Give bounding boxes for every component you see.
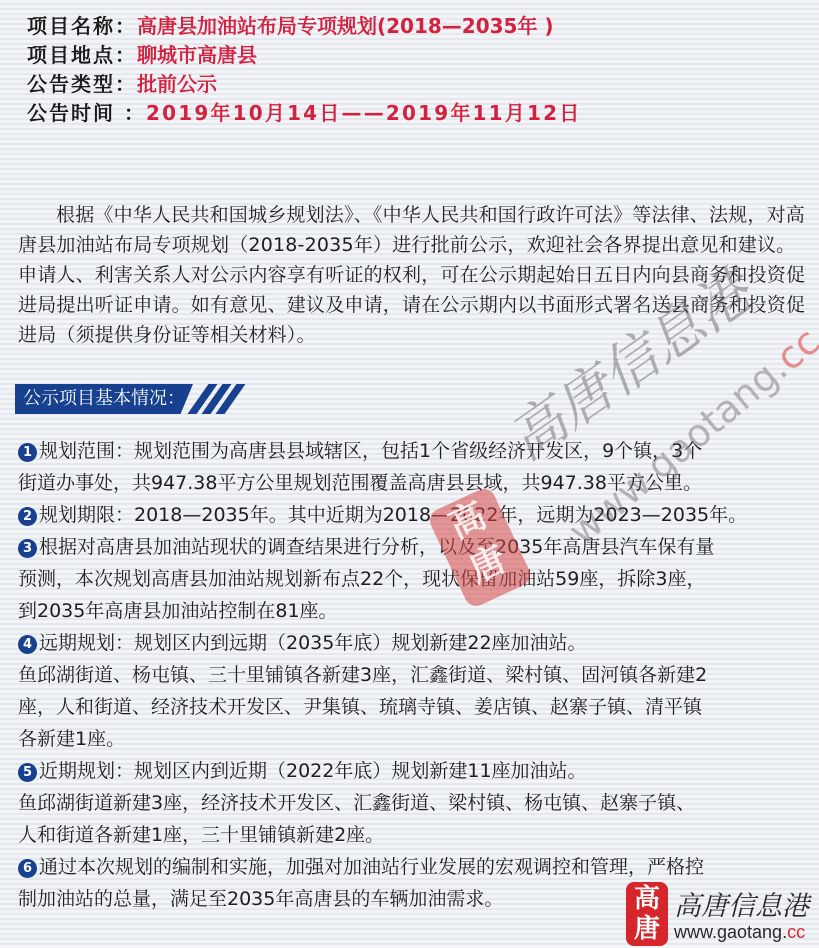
list-item-5-cont: 人和街道各新建1座，三十里铺镇新建2座。 bbox=[18, 819, 808, 851]
list-item-4: 4远期规划：规划区内到远期（2035年底）规划新建22座加油站。 bbox=[18, 627, 808, 659]
list-item-3: 3根据对高唐县加油站现状的调查结果进行分析，以及至2035年高唐县汽车保有量 bbox=[18, 531, 808, 563]
logo-seal-icon: 高 唐 bbox=[626, 882, 668, 946]
project-name-label: 项目名称： bbox=[27, 14, 137, 38]
logo-url: www.gaotang.cc bbox=[674, 922, 805, 943]
project-name-value: 高唐县加油站布局专项规划(2018—2035年 ) bbox=[137, 14, 554, 38]
list-item-4-cont: 各新建1座。 bbox=[18, 723, 808, 755]
project-info-header: 项目名称：高唐县加油站布局专项规划(2018—2035年 ) 项目地点：聊城市高… bbox=[27, 12, 581, 128]
notice-type-label: 公告类型： bbox=[27, 72, 137, 96]
list-item-5: 5近期规划：规划区内到近期（2022年底）规划新建11座加油站。 bbox=[18, 755, 808, 787]
site-logo: 高 唐 高唐信息港 www.gaotang.cc bbox=[626, 882, 818, 946]
notice-type-value: 批前公示 bbox=[137, 72, 217, 96]
notice-time-row: 公告时间 ：2019年10月14日——2019年11月12日 bbox=[27, 99, 581, 128]
project-location-row: 项目地点：聊城市高唐县 bbox=[27, 41, 581, 70]
section-heading-slashes-decoration bbox=[186, 384, 246, 414]
project-location-value: 聊城市高唐县 bbox=[137, 43, 257, 67]
list-item-2: 2规划期限：2018—2035年。其中近期为2018—2022年，远期为2023… bbox=[18, 499, 808, 531]
list-item-5-cont: 鱼邱湖街道新建3座，经济技术开发区、汇鑫街道、梁村镇、杨屯镇、赵寨子镇、 bbox=[18, 787, 808, 819]
notice-type-row: 公告类型：批前公示 bbox=[27, 70, 581, 99]
list-item-3-cont: 预测，本次规划高唐县加油站规划新布点22个，现状保留加油站59座，拆除3座， bbox=[18, 563, 808, 595]
number-badge-icon: 2 bbox=[18, 507, 37, 526]
list-item-6: 6通过本次规划的编制和实施，加强对加油站行业发展的宏观调控和管理，严格控 bbox=[18, 851, 808, 883]
number-badge-icon: 6 bbox=[18, 859, 37, 878]
number-badge-icon: 1 bbox=[18, 443, 37, 462]
number-badge-icon: 5 bbox=[18, 763, 37, 782]
list-item-4-cont: 座，人和街道、经济技术开发区、尹集镇、琉璃寺镇、姜店镇、赵寨子镇、清平镇 bbox=[18, 691, 808, 723]
notice-time-label: 公告时间 ： bbox=[27, 101, 146, 125]
list-item-1-cont: 街道办事处，共947.38平方公里规划范围覆盖高唐县县域，共947.38平方公里… bbox=[18, 467, 808, 499]
number-badge-icon: 3 bbox=[18, 539, 37, 558]
project-details-list: 1规划范围：规划范围为高唐县县域辖区，包括1个省级经济开发区，9个镇，3个 街道… bbox=[18, 435, 808, 915]
list-item-4-cont: 鱼邱湖街道、杨屯镇、三十里铺镇各新建3座，汇鑫街道、梁村镇、固河镇各新建2 bbox=[18, 659, 808, 691]
project-location-label: 项目地点： bbox=[27, 43, 137, 67]
project-name-row: 项目名称：高唐县加油站布局专项规划(2018—2035年 ) bbox=[27, 12, 581, 41]
section-heading: 公示项目基本情况： bbox=[15, 384, 193, 414]
number-badge-icon: 4 bbox=[18, 635, 37, 654]
logo-name: 高唐信息港 bbox=[674, 884, 809, 923]
list-item-3-cont: 到2035年高唐县加油站控制在81座。 bbox=[18, 595, 808, 627]
notice-time-value: 2019年10月14日——2019年11月12日 bbox=[146, 101, 581, 125]
